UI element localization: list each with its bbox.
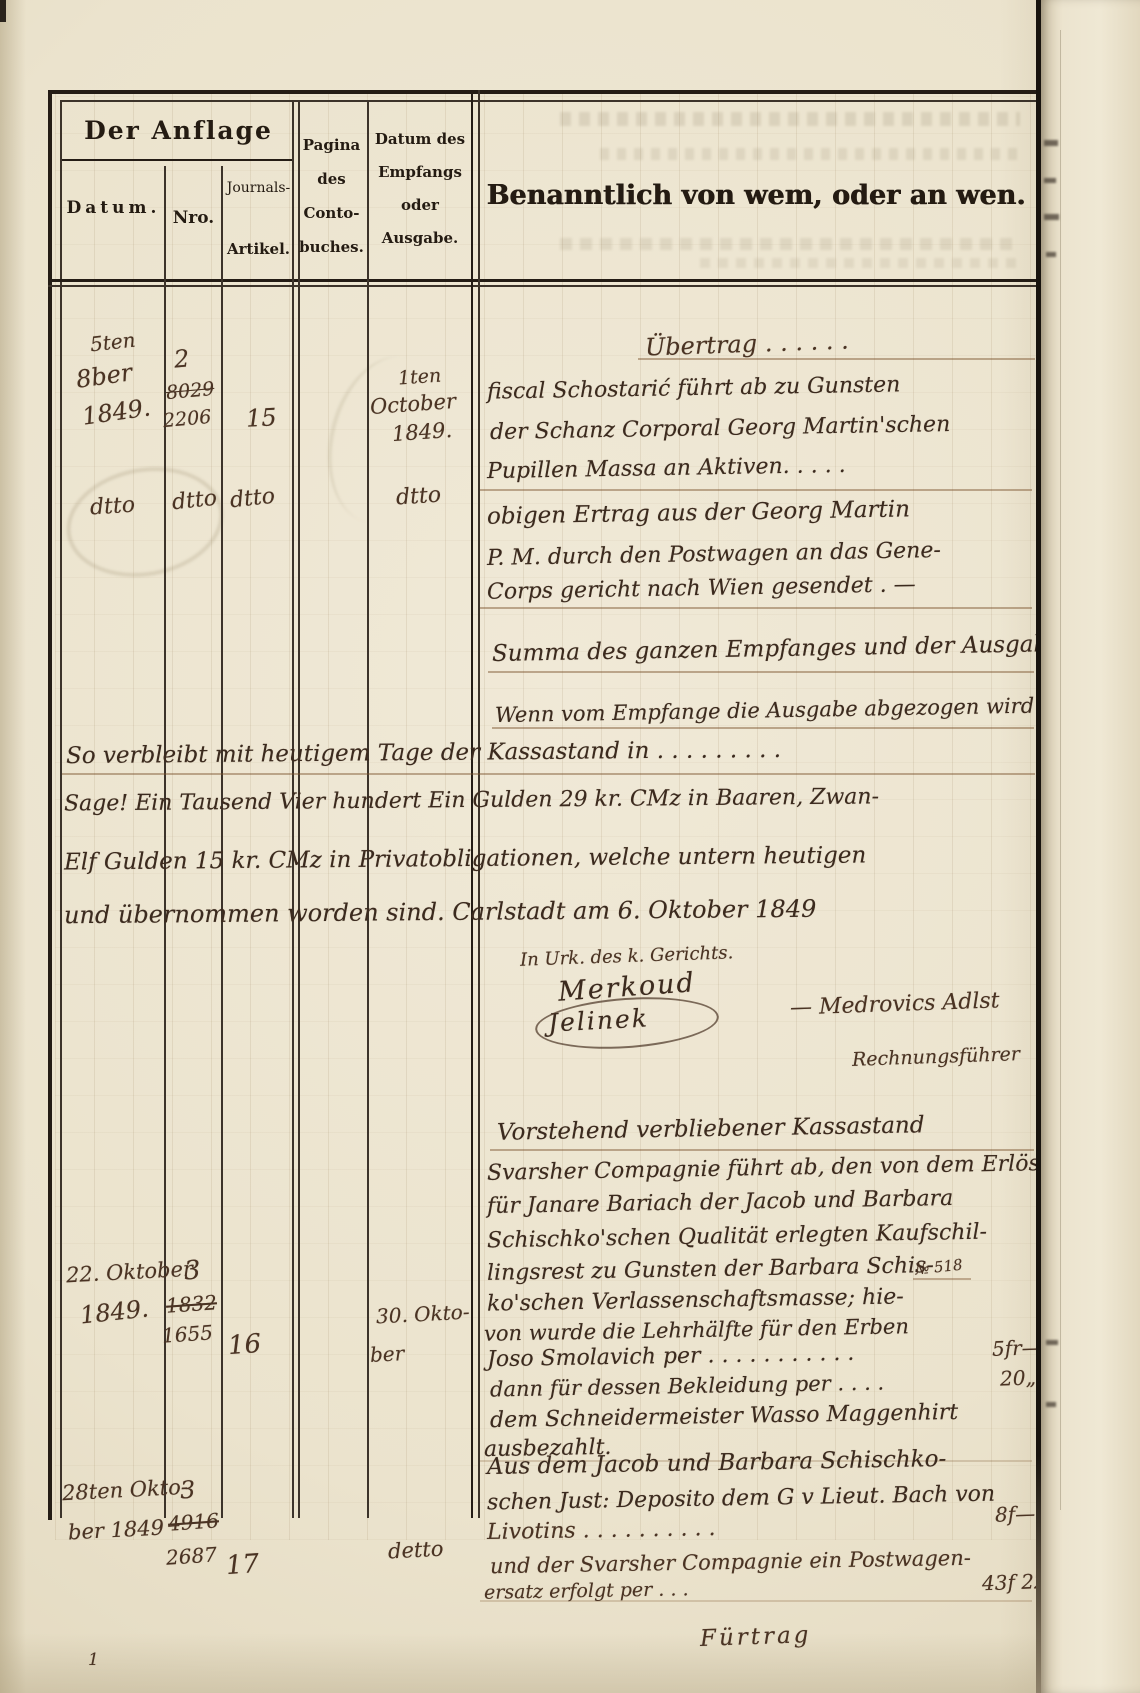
sage-line2: Elf Gulden 15 kr. CMz in Privatobligatio… xyxy=(64,842,866,875)
row4-empfang-ditto: detto xyxy=(387,1537,444,1564)
amount-2: 20„ xyxy=(1000,1365,1037,1390)
column-header-nro: Nro. xyxy=(165,208,222,228)
row3-journal-article: 16 xyxy=(227,1329,262,1361)
entry4-line2: schen Just: Deposito dem G v Lieut. Bach… xyxy=(487,1482,995,1516)
table-border-top-inner xyxy=(60,100,1036,102)
section2-line2: für Janare Bariach der Jacob und Barbara xyxy=(487,1186,954,1219)
page-corner-speck xyxy=(0,0,6,22)
row2-journal-ditto: dtto xyxy=(229,484,276,514)
rule-under-vorstehend xyxy=(490,1149,1034,1151)
column-header-empfang-1: Datum des xyxy=(368,130,472,148)
row4-datum-2: ber 1849 xyxy=(67,1516,164,1545)
adjacent-page-fragment xyxy=(1044,140,1058,146)
bleed-through xyxy=(560,112,1020,126)
adjacent-page-fragment xyxy=(1046,252,1056,257)
row1-nro-2: 8029 xyxy=(165,378,215,404)
adjacent-page-rule xyxy=(1060,30,1061,1510)
column-header-empfang-2: Empfangs xyxy=(368,163,472,181)
entry2-line3: Corps gericht nach Wien gesendet . — xyxy=(487,572,916,604)
signature-right-name: — Medrovics Adlst xyxy=(790,988,1000,1020)
adjacent-page-fragment xyxy=(1044,178,1056,183)
header-bottom-rule-outer xyxy=(48,279,1036,282)
column-line-nro-journal xyxy=(221,166,223,1518)
row1-nro-3: 2206 xyxy=(162,406,212,432)
rule-under-kassastand xyxy=(62,773,1035,775)
amount-1: 5fr— xyxy=(992,1335,1042,1361)
row1-journal-article: 15 xyxy=(245,403,277,433)
rule-under-summa xyxy=(488,671,1034,673)
signature-2: Jelinek xyxy=(547,1003,649,1037)
column-header-journal-1: Journals- xyxy=(222,180,295,196)
section2-line8: dann für dessen Bekleidung per . . . . xyxy=(490,1371,884,1402)
bleed-through xyxy=(560,238,1020,250)
section2-line4: lingsrest zu Gunsten der Barbara Schis- xyxy=(487,1253,934,1286)
row3-empfang-1: 30. Okto- xyxy=(375,1300,470,1329)
column-header-empfang-4: Ausgabe. xyxy=(368,229,472,247)
row1-nro-1: 2 xyxy=(173,344,191,373)
column-header-pagina-1: Pagina xyxy=(296,136,367,154)
entry1-line2: der Schanz Corporal Georg Martin'schen xyxy=(490,412,951,445)
row2-empfang-ditto: dtto xyxy=(395,482,442,510)
column-line-datum-nro xyxy=(164,166,166,1518)
section2-line5: ko'schen Verlassenschaftsmasse; hie- xyxy=(487,1284,904,1316)
entry2-line2: P. M. durch den Postwagen an das Gene- xyxy=(487,538,941,571)
column-header-journal-2: Artikel. xyxy=(222,240,295,258)
row4-nro-1: 3 xyxy=(179,1476,196,1505)
table-border-top-outer xyxy=(48,90,1038,94)
bleed-through xyxy=(700,258,1020,268)
ledger-page: Der Anflage Datum. Nro. Journals- Artike… xyxy=(0,0,1140,1693)
section2-line1: Svarsher Compagnie führt ab, den von dem… xyxy=(487,1151,1040,1186)
annotation-nr518: № 518 xyxy=(914,1256,963,1279)
row1-datum-month: 8ber xyxy=(74,358,134,394)
section2-line9: dem Schneidermeister Wasso Maggenhirt xyxy=(490,1400,959,1433)
adjacent-page-fragment xyxy=(1046,1340,1058,1345)
row2-nro-ditto: dtto xyxy=(171,486,218,516)
section2-line3: Schischko'schen Qualität erlegten Kaufsc… xyxy=(487,1220,987,1254)
row3-empfang-2: ber xyxy=(369,1341,404,1367)
summa-line2: Wenn vom Empfange die Ausgabe abgezogen … xyxy=(495,693,1076,727)
signature-right-title: Rechnungsführer xyxy=(852,1043,1021,1071)
row4-nro-2: 4916 xyxy=(167,1508,219,1535)
amount-3: 8f— xyxy=(995,1501,1036,1526)
sage-line1: Sage! Ein Tausend Vier hundert Ein Gulde… xyxy=(64,784,879,816)
row3-nro-2: 1832 xyxy=(165,1290,217,1317)
column-header-pagina-2: des xyxy=(296,170,367,188)
section2-heading: Vorstehend verbliebener Kassastand xyxy=(497,1112,925,1145)
rule-under-entry1 xyxy=(480,489,1032,491)
fortrag-footer: Fürtrag xyxy=(700,1622,812,1652)
entry4-line4: und der Svarsher Compagnie ein Postwagen… xyxy=(490,1546,971,1578)
sage-line3: und übernommen worden sind. Carlstadt am… xyxy=(64,895,817,930)
column-header-datum: Datum. xyxy=(62,198,165,218)
signature-1: Merkoud xyxy=(557,967,697,1008)
row4-journal-article: 17 xyxy=(225,1549,260,1581)
row1-empfang-month: October xyxy=(369,389,456,419)
section2-line7: Joso Smolavich per . . . . . . . . . . . xyxy=(487,1341,855,1372)
rule-under-entry2 xyxy=(480,607,1032,609)
table-border-left-outer xyxy=(48,90,52,1520)
entry1-line1: fiscal Schostarić führt ab zu Gunsten xyxy=(487,372,901,404)
bleed-through-seal xyxy=(58,455,232,589)
column-header-pagina-3: Conto- xyxy=(296,204,367,222)
column-group-title: Der Anflage xyxy=(62,116,295,145)
entry4-line3: Livotins . . . . . . . . . . xyxy=(487,1516,716,1545)
bleed-through xyxy=(600,148,1020,160)
entry4-line5: ersatz erfolgt per . . . xyxy=(484,1578,689,1604)
header-bottom-rule-inner xyxy=(48,285,1036,287)
row3-nro-3: 1655 xyxy=(161,1320,213,1347)
row2-datum-ditto: dtto xyxy=(89,492,136,520)
column-header-pagina-4: buches. xyxy=(296,238,367,256)
row1-empfang-day: 1ten xyxy=(397,365,442,390)
rule-under-wenn xyxy=(492,727,1034,729)
margin-mark: 1 xyxy=(88,1650,99,1670)
group-title-underline xyxy=(62,159,293,161)
row3-datum-1: 22. Oktober xyxy=(65,1257,193,1288)
signature-note: In Urk. des k. Gerichts. xyxy=(520,942,734,970)
row1-datum-year: 1849. xyxy=(80,393,152,430)
adjacent-page-fragment xyxy=(1046,1402,1056,1407)
row3-datum-2: 1849. xyxy=(79,1294,150,1329)
row1-empfang-year: 1849. xyxy=(391,418,453,446)
entry1-line3: Pupillen Massa an Aktiven. . . . . xyxy=(487,453,846,484)
row4-datum-1: 28ten Okto- xyxy=(61,1475,188,1506)
summa-line1: Summa des ganzen Empfanges und der Ausga… xyxy=(492,631,1062,667)
row3-nro-1: 3 xyxy=(183,1255,202,1286)
adjacent-page-fragment xyxy=(1044,214,1059,220)
row4-nro-3: 2687 xyxy=(165,1542,217,1569)
uebertrag-heading: Übertrag . . . . . . xyxy=(645,326,849,361)
column-header-empfang-3: oder xyxy=(368,196,472,214)
table-border-left-inner xyxy=(60,100,62,1518)
main-title: Benanntlich von wem, oder an wen. xyxy=(480,180,1032,211)
row1-datum-day: 5ten xyxy=(89,328,137,357)
kassastand-line: So verbleibt mit heutigem Tage der Kassa… xyxy=(66,737,781,769)
entry2-line1: obigen Ertrag aus der Georg Martin xyxy=(487,496,910,529)
